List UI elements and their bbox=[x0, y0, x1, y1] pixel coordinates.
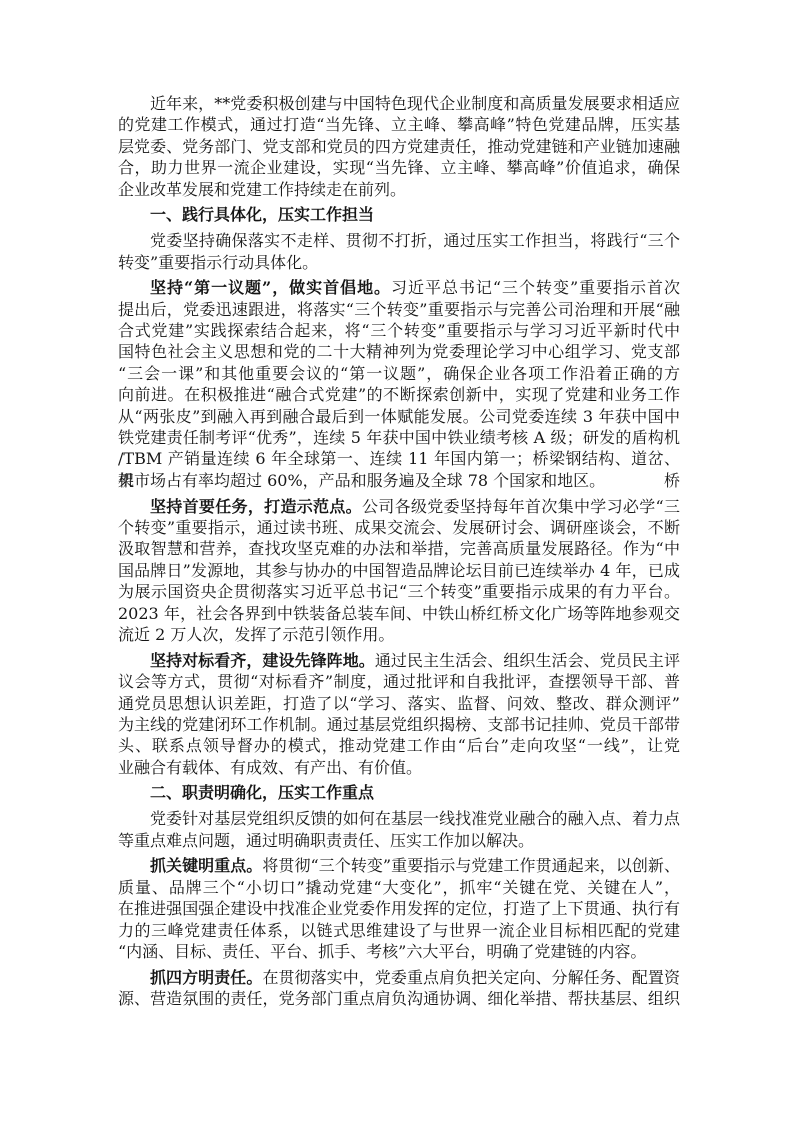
text-line: 通党员思想认识差距，打造了以“学习、落实、监督、问效、整改、群众测评” bbox=[118, 693, 680, 714]
text-line: 的党建工作模式，通过打造“当先锋、立主峰、攀高峰”特色党建品牌，压实基 bbox=[118, 114, 680, 135]
text-line: “三会一课”和其他重要会议的“第一议题”，确保企业各项工作沿着正确的方 bbox=[118, 363, 680, 384]
section-heading-2: 二、职责明确化，压实工作重点 bbox=[118, 782, 680, 803]
paragraph-lead: 坚持首要任务，打造示范点。 bbox=[150, 497, 362, 516]
text-line: 2023 年，社会各界到中铁装备总装车间、中铁山桥红桥文化广场等阵地参观交 bbox=[118, 603, 680, 624]
document-body: 近年来，**党委积极创建与中国特色现代企业制度和高质量发展要求相适应 的党建工作… bbox=[118, 93, 680, 1010]
text-line: 企业改革发展和党建工作持续走在前列。 bbox=[118, 179, 680, 200]
paragraph-lead: 坚持“第一议题”，做实首倡地。 bbox=[150, 278, 391, 297]
paragraph: 抓四方明责任。在贯彻落实中，党委重点肩负把关定向、分解任务、配置资 源、营造氛围… bbox=[118, 967, 680, 1010]
section-heading-text: 二、职责明确化，压实工作重点 bbox=[118, 782, 680, 803]
paragraph: 党委针对基层党组织反馈的如何在基层一线找准党业融合的融入点、着力点 等重点难点问… bbox=[118, 808, 680, 851]
paragraph-text: 在贯彻落实中，党委重点肩负把关定向、分解任务、配置资 bbox=[262, 968, 680, 987]
paragraph: 坚持对标看齐，建设先锋阵地。通过民主生活会、组织生活会、党员民主评 议会等方式，… bbox=[118, 650, 680, 778]
text-line: 国品牌日”发源地，其参与协办的中国智造品牌论坛目前已连续举办 4 年，已成 bbox=[118, 560, 680, 581]
text-line: 源、营造氛围的责任，党务部门重点肩负沟通协调、细化举措、帮扶基层、组织 bbox=[118, 988, 680, 1009]
text-line: 合，助力世界一流企业建设，实现“当先锋、立主峰、攀高峰”价值追求，确保 bbox=[118, 157, 680, 178]
text-line: 合式党建”实践探索结合起来，将“三个转变”重要指示与学习习近平新时代中 bbox=[118, 320, 680, 341]
text-line: 抓四方明责任。在贯彻落实中，党委重点肩负把关定向、分解任务、配置资 bbox=[118, 967, 680, 988]
text-line: 个转变”重要指示，通过读书班、成果交流会、发展研讨会、调研座谈会，不断 bbox=[118, 517, 680, 538]
text-line: 坚持“第一议题”，做实首倡地。习近平总书记“三个转变”重要指示首次 bbox=[118, 277, 680, 298]
text-line: 议会等方式，贯彻“对标看齐”制度，通过批评和自我批评，查摆领导干部、普 bbox=[118, 671, 680, 692]
text-line: 从“两张皮”到融入再到融合最后到一体赋能发展。公司党委连续 3 年获中国中 bbox=[118, 406, 680, 427]
text-line: 提出后，党委迅速跟进，将落实“三个转变”重要指示与完善公司治理和开展“融 bbox=[118, 299, 680, 320]
paragraph-lead: 坚持对标看齐，建设先锋阵地。 bbox=[150, 651, 375, 670]
paragraph: 坚持“第一议题”，做实首倡地。习近平总书记“三个转变”重要指示首次 提出后，党委… bbox=[118, 277, 680, 491]
paragraph-lead: 抓关键明重点。 bbox=[150, 856, 262, 875]
text-line: 层党委、党务部门、党支部和党员的四方党建责任，推动党建链和产业链加速融 bbox=[118, 136, 680, 157]
text-line: 向前进。在积极推进“融合式党建”的不断探索创新中，实现了党建和业务工作 bbox=[118, 384, 680, 405]
text-line: 国特色社会主义思想和党的二十大精神列为党委理论学习中心组学习、党支部 bbox=[118, 341, 680, 362]
text-line: 党委针对基层党组织反馈的如何在基层一线找准党业融合的融入点、着力点 bbox=[118, 808, 680, 829]
text-line: 转变”重要指示行动具体化。 bbox=[118, 252, 680, 273]
paragraph-text: 习近平总书记“三个转变”重要指示首次 bbox=[391, 278, 680, 297]
paragraph-text: 通过民主生活会、组织生活会、党员民主评 bbox=[375, 651, 680, 670]
text-line: 等重点难点问题，通过明确职责责任、压实工作加以解决。 bbox=[118, 830, 680, 851]
text-line: 在推进强国强企建设中找准企业党委作用发挥的定位，打造了上下贯通、执行有 bbox=[118, 898, 680, 919]
paragraph-text: 公司各级党委坚持每年首次集中学习必学“三 bbox=[362, 497, 680, 516]
paragraph-lead: 抓四方明责任。 bbox=[150, 968, 262, 987]
paragraph-text: 将贯彻“三个转变”重要指示与党建工作贯通起来，以创新、 bbox=[262, 856, 680, 875]
text-line: 力的三峰党建责任体系，以链式思维建设了与世界一流企业目标相匹配的党建 bbox=[118, 920, 680, 941]
text-line: 坚持首要任务，打造示范点。公司各级党委坚持每年首次集中学习必学“三 bbox=[118, 496, 680, 517]
text-line: 流近 2 万人次，发挥了示范引领作用。 bbox=[118, 624, 680, 645]
section-heading-text: 一、践行具体化，压实工作担当 bbox=[118, 204, 680, 225]
text-line: 铁党建责任制考评“优秀”，连续 5 年获中国中铁业绩考核 A 级；研发的盾构机 bbox=[118, 427, 680, 448]
text-line: 为展示国资央企贯彻落实习近平总书记“三个转变”重要指示成果的有力平台。 bbox=[118, 581, 680, 602]
paragraph: 坚持首要任务，打造示范点。公司各级党委坚持每年首次集中学习必学“三 个转变”重要… bbox=[118, 496, 680, 646]
text-line: 党委坚持确保落实不走样、贯彻不打折，通过压实工作担当，将践行“三个 bbox=[118, 230, 680, 251]
text-line: 业融合有载体、有成效、有产出、有价值。 bbox=[118, 757, 680, 778]
text-line: 坚持对标看齐，建设先锋阵地。通过民主生活会、组织生活会、党员民主评 bbox=[118, 650, 680, 671]
paragraph: 抓关键明重点。将贯彻“三个转变”重要指示与党建工作贯通起来，以创新、 质量、品牌… bbox=[118, 855, 680, 962]
document-page: 近年来，**党委积极创建与中国特色现代企业制度和高质量发展要求相适应 的党建工作… bbox=[0, 0, 793, 1122]
text-line: 汲取智慧和营养，查找攻坚克难的办法和举措，完善高质量发展路径。作为“中 bbox=[118, 538, 680, 559]
text-line: 质量、品牌三个“小切口”撬动党建“大变化”，抓牢“关键在党、关键在人”， bbox=[118, 877, 680, 898]
paragraph: 党委坚持确保落实不走样、贯彻不打折，通过压实工作担当，将践行“三个 转变”重要指… bbox=[118, 230, 680, 273]
text-line: “内涵、目标、责任、平台、抓手、考核”六大平台，明确了党建链的内容。 bbox=[118, 941, 680, 962]
text-line: 近年来，**党委积极创建与中国特色现代企业制度和高质量发展要求相适应 bbox=[118, 93, 680, 114]
paragraph-intro: 近年来，**党委积极创建与中国特色现代企业制度和高质量发展要求相适应 的党建工作… bbox=[118, 93, 680, 200]
section-heading-1: 一、践行具体化，压实工作担当 bbox=[118, 204, 680, 225]
text-line: 为主线的党建闭环工作机制。通过基层党组织揭榜、支部书记挂帅、党员干部带 bbox=[118, 714, 680, 735]
text-line: 头、联系点领导督办的模式，推动党建工作由“后台”走向攻坚“一线”，让党 bbox=[118, 735, 680, 756]
text-line: 抓关键明重点。将贯彻“三个转变”重要指示与党建工作贯通起来，以创新、 bbox=[118, 855, 680, 876]
text-line: /TBM 产销量连续 6 年全球第一、连续 11 年国内第一；桥梁钢结构、道岔、… bbox=[118, 448, 680, 469]
text-line: 机市场占有率均超过 60%，产品和服务遍及全球 78 个国家和地区。 bbox=[118, 470, 680, 491]
